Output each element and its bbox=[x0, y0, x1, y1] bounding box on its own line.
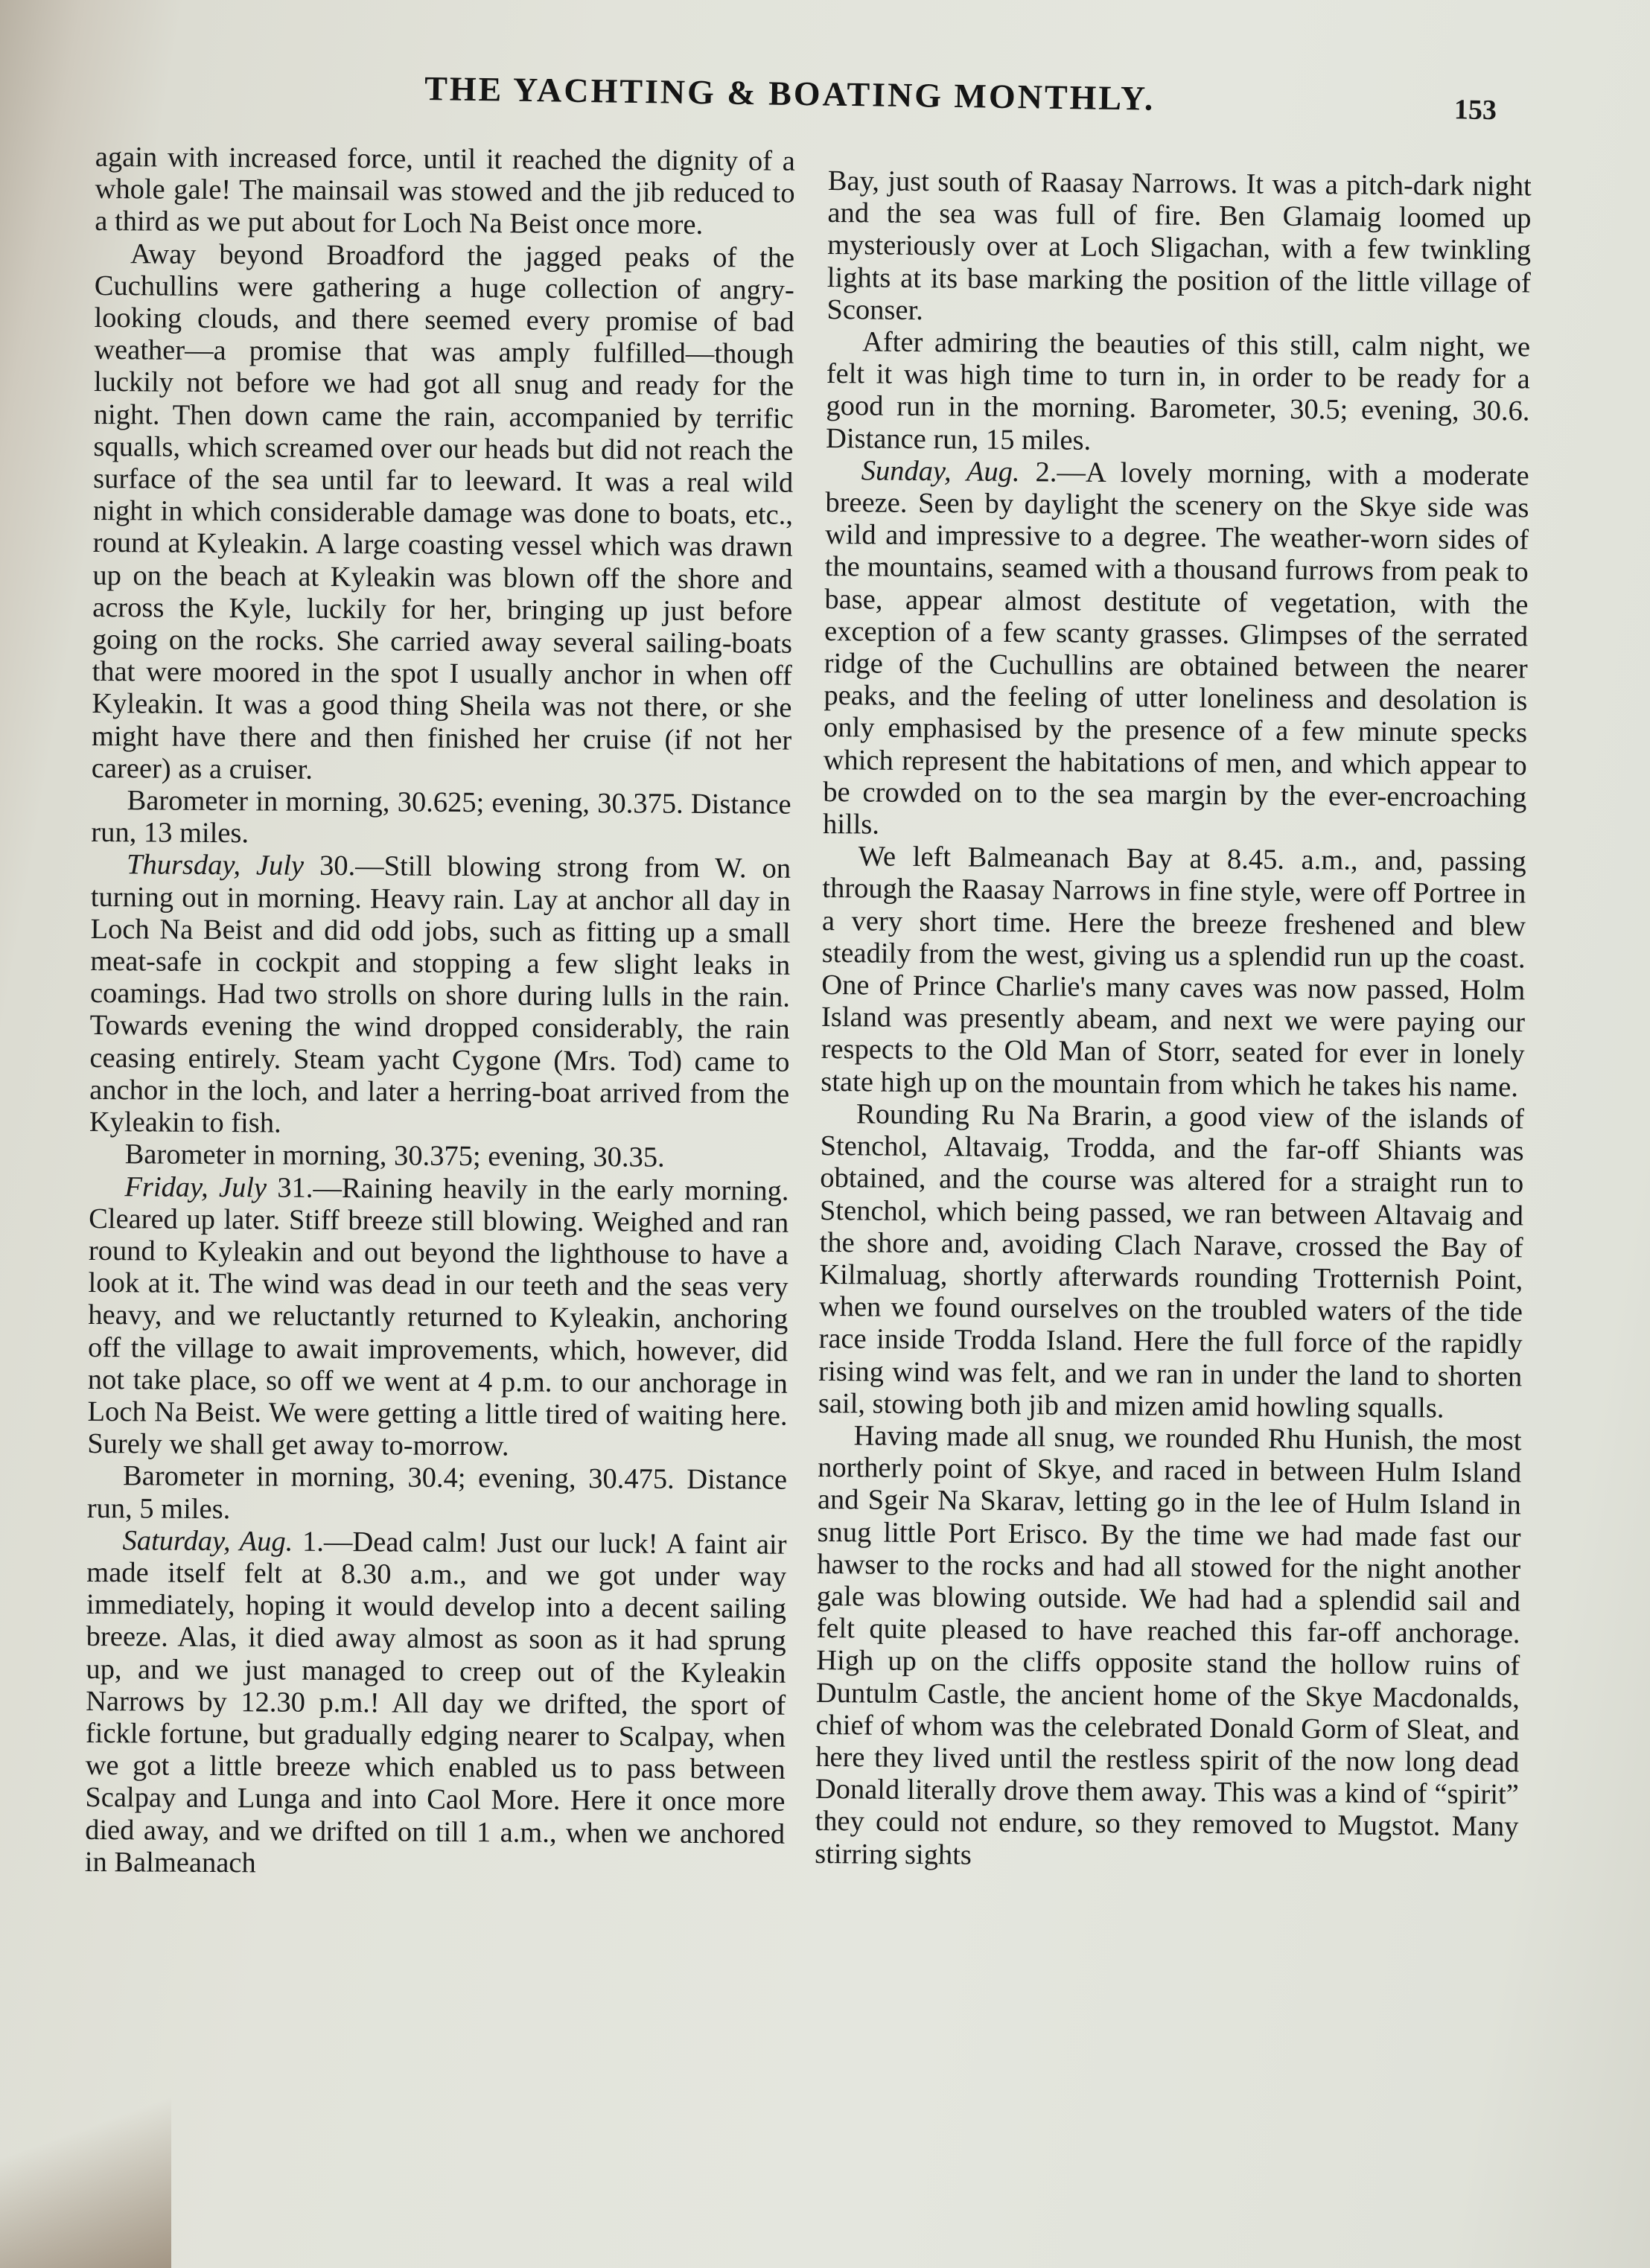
magazine-page: THE YACHTING & BOATING MONTHLY. 153 agai… bbox=[0, 0, 1650, 2268]
entry-date: Friday, July bbox=[124, 1171, 267, 1203]
left-column: again with increased force, until it rea… bbox=[85, 141, 795, 1883]
paragraph: Rounding Ru Na Brarin, a good view of th… bbox=[818, 1098, 1524, 1425]
publication-title: THE YACHTING & BOATING MONTHLY. bbox=[424, 69, 1156, 118]
paragraph-text: 30.—Still blowing strong from W. on turn… bbox=[89, 850, 791, 1138]
paragraph-text: After admiring the beauties of this stil… bbox=[826, 326, 1530, 456]
right-column: Bay, just south of Raasay Narrows. It wa… bbox=[815, 165, 1532, 1876]
paragraph-text: 2.—A lovely morning, with a moderate bre… bbox=[823, 456, 1529, 841]
running-header: THE YACHTING & BOATING MONTHLY. 153 bbox=[424, 69, 1497, 143]
paragraph: Having made all snug, we rounded Rhu Hun… bbox=[815, 1420, 1522, 1876]
page-corner-shadow bbox=[0, 2045, 171, 2268]
paragraph-text: Barometer in morning, 30.4; evening, 30.… bbox=[87, 1461, 788, 1525]
diary-entry-thursday-july-30: Thursday, July 30.—Still blowing strong … bbox=[89, 849, 791, 1143]
paragraph-text: Rounding Ru Na Brarin, a good view of th… bbox=[818, 1098, 1524, 1424]
entry-date: Sunday, Aug. bbox=[861, 455, 1020, 488]
entry-date: Thursday, July bbox=[127, 850, 304, 882]
paragraph-text: Barometer in morning, 30.625; evening, 3… bbox=[91, 785, 791, 849]
paragraph-text: again with increased force, until it rea… bbox=[95, 141, 795, 241]
barometer-note: Barometer in morning, 30.375; evening, 3… bbox=[89, 1138, 789, 1175]
paragraph-text: Having made all snug, we rounded Rhu Hun… bbox=[815, 1420, 1522, 1870]
paragraph-text: Barometer in morning, 30.375; evening, 3… bbox=[125, 1139, 665, 1173]
paragraph: Away beyond Broadford the jagged peaks o… bbox=[92, 238, 794, 789]
page-number: 153 bbox=[1454, 93, 1497, 127]
paragraph: again with increased force, until it rea… bbox=[95, 141, 795, 242]
entry-date: Saturday, Aug. bbox=[122, 1525, 293, 1557]
barometer-note: Barometer in morning, 30.4; evening, 30.… bbox=[87, 1460, 788, 1529]
paragraph-text: Away beyond Broadford the jagged peaks o… bbox=[92, 238, 794, 786]
paragraph: Bay, just south of Raasay Narrows. It wa… bbox=[826, 165, 1532, 331]
paragraph: After admiring the beauties of this stil… bbox=[826, 326, 1530, 460]
paragraph-text: We left Balmeanach Bay at 8.45. a.m., an… bbox=[821, 841, 1526, 1103]
diary-entry-sunday-aug-2: Sunday, Aug. 2.—A lovely morning, with a… bbox=[823, 455, 1529, 847]
paragraph-text: Bay, just south of Raasay Narrows. It wa… bbox=[826, 165, 1532, 326]
paragraph-text: 31.—Raining heavily in the early morning… bbox=[87, 1172, 789, 1462]
paragraph: We left Balmeanach Bay at 8.45. a.m., an… bbox=[821, 841, 1526, 1103]
barometer-note: Barometer in morning, 30.625; evening, 3… bbox=[91, 785, 791, 853]
diary-entry-saturday-aug-1: Saturday, Aug. 1.—Dead calm! Just our lu… bbox=[85, 1525, 787, 1883]
paragraph-text: 1.—Dead calm! Just our luck! A faint air… bbox=[85, 1526, 787, 1879]
diary-entry-friday-july-31: Friday, July 31.—Raining heavily in the … bbox=[87, 1170, 789, 1465]
